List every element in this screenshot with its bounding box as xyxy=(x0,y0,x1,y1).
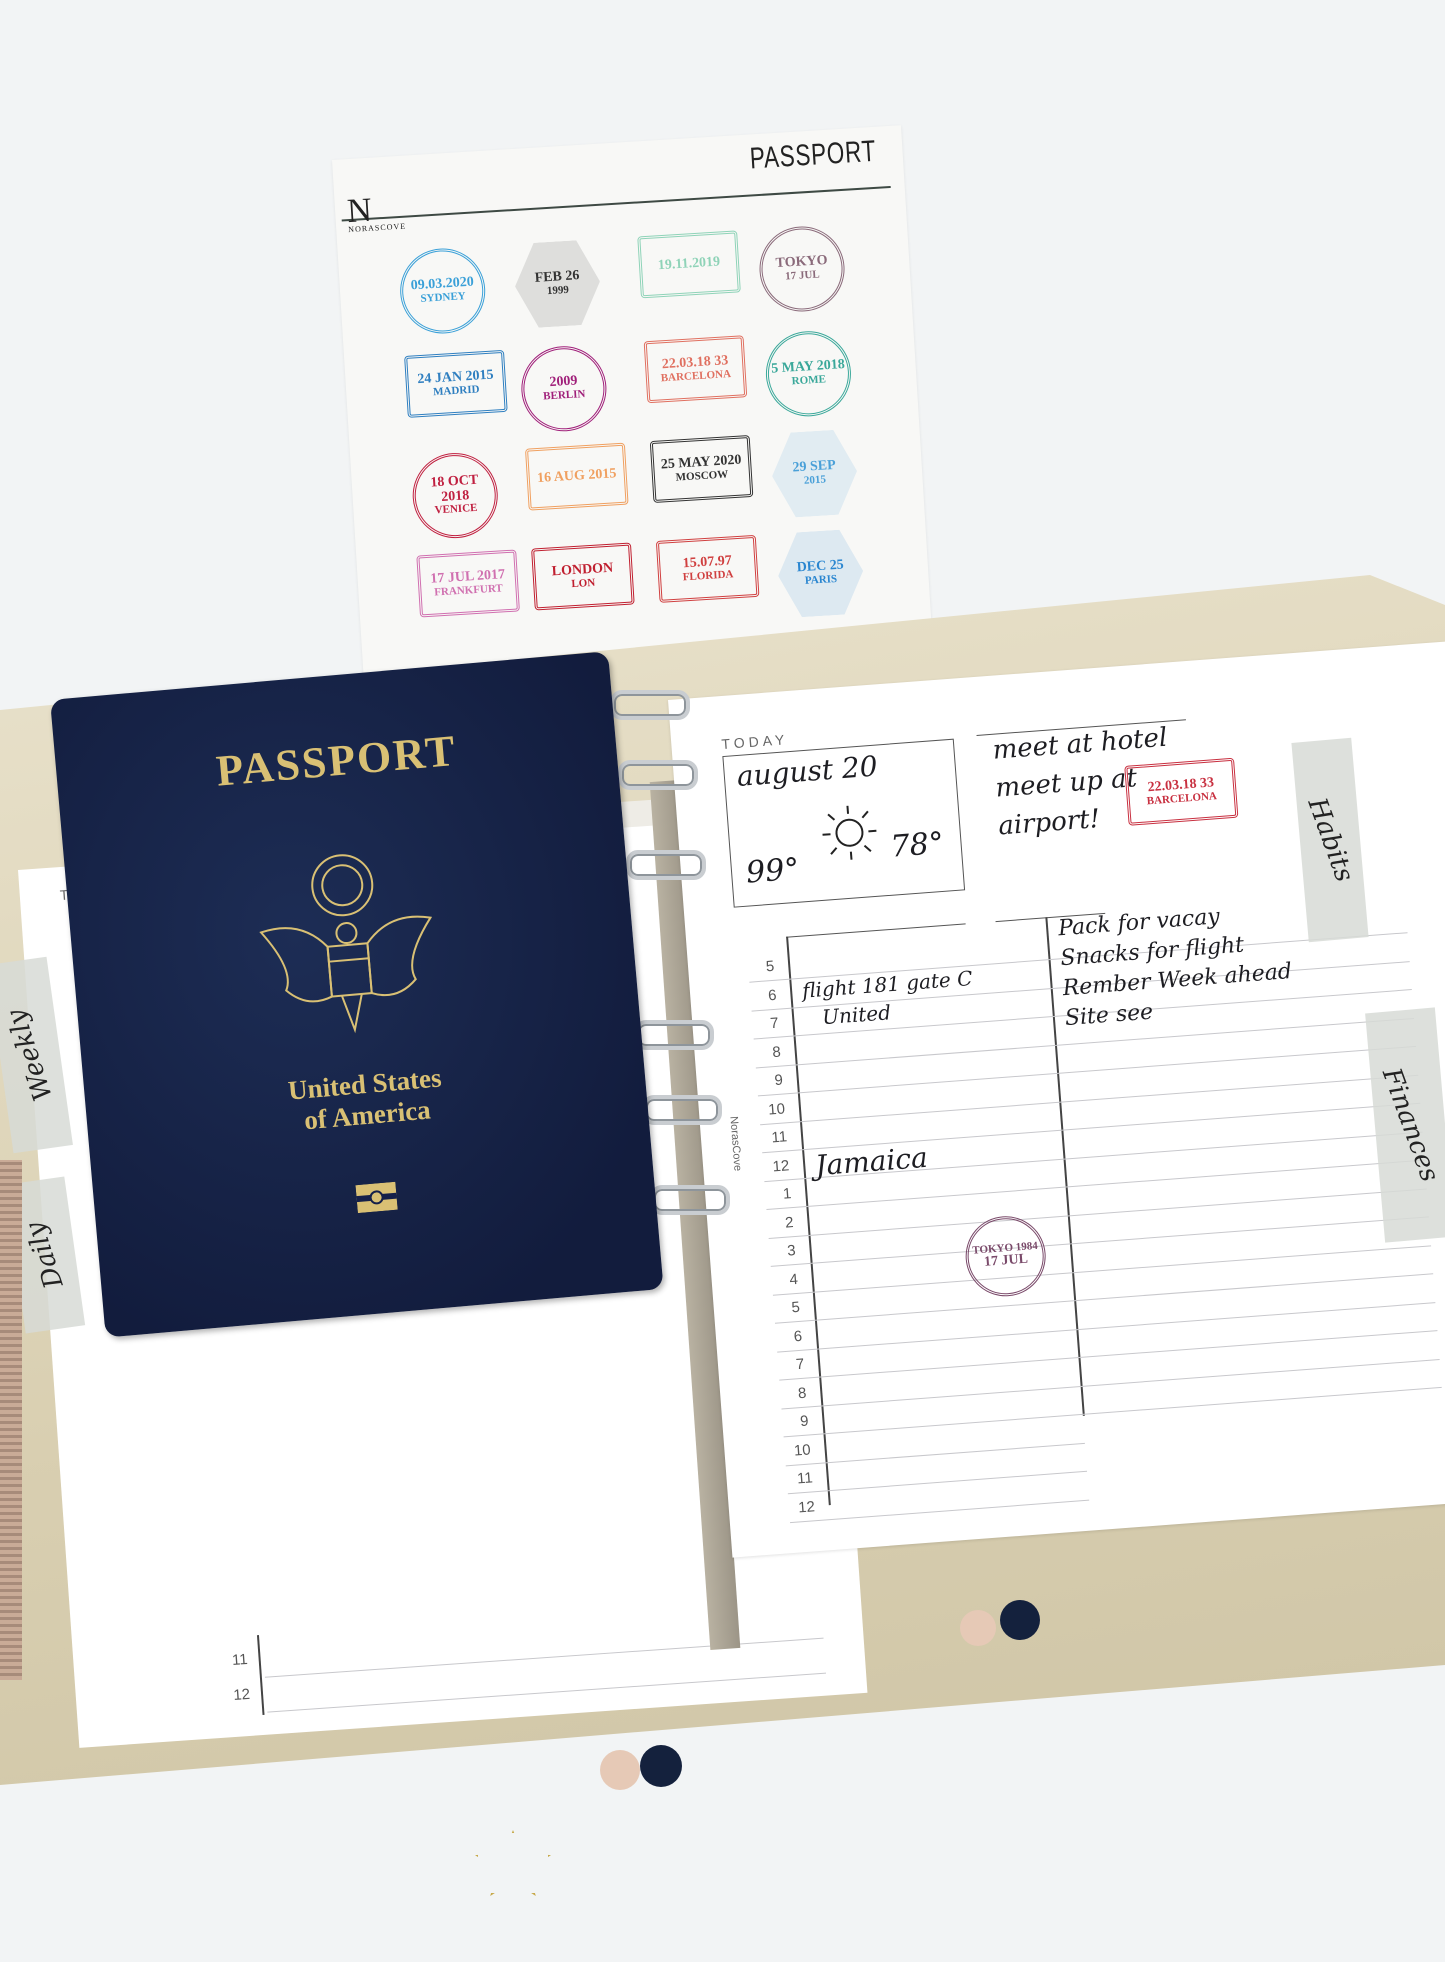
ruled-line xyxy=(775,1273,1433,1323)
schedule-entry[interactable]: United xyxy=(821,1000,891,1029)
weather-low: 78° xyxy=(889,826,945,865)
hour-label: 7 xyxy=(780,1356,805,1375)
stamp-sticker: DEC 25PARIS xyxy=(776,528,866,618)
ruled-line xyxy=(758,1046,1416,1096)
stamp-sticker: 5 MAY 2018ROME xyxy=(763,329,853,419)
brand-mark: NorasCove xyxy=(727,1116,743,1172)
ruled-line xyxy=(760,1074,1418,1124)
stamp-sticker: FEB 261999 xyxy=(512,239,602,329)
stamp-sticker: 19.11.2019 xyxy=(637,230,741,298)
weather-high: 99° xyxy=(745,852,801,891)
hour-label: 7 xyxy=(754,1015,779,1034)
stamp-sticker: 17 JUL 2017FRANKFURT xyxy=(416,549,520,617)
ruled-line xyxy=(790,1499,1089,1522)
sticker-sheet-title: PASSPORT xyxy=(749,135,877,177)
hour-label: 6 xyxy=(752,986,777,1005)
hour-label: 2 xyxy=(769,1214,794,1233)
date-entry: august 20 xyxy=(736,750,879,793)
flower-charm xyxy=(600,1750,640,1790)
stamp-sticker: 18 OCT 2018VENICE xyxy=(410,451,500,541)
stamp-sticker: TOKYO17 JUL xyxy=(757,224,847,314)
biometric-chip-icon xyxy=(355,1182,397,1213)
column-divider xyxy=(257,1635,264,1715)
ruled-line xyxy=(786,1442,1085,1465)
ruled-line xyxy=(784,1387,1442,1437)
passport-title: PASSPORT xyxy=(55,711,617,811)
schedule-entry[interactable]: Jamaica xyxy=(814,1140,929,1181)
note-line: airport! xyxy=(997,804,1101,842)
hour-label: 3 xyxy=(771,1242,796,1261)
ruled-line xyxy=(788,1471,1087,1494)
binder-ring xyxy=(610,690,690,720)
binder-ring xyxy=(634,1020,714,1050)
schedule-rule xyxy=(786,923,966,937)
hour-label: 12 xyxy=(226,1686,251,1705)
binder-ring xyxy=(618,760,698,790)
passport-country: United Statesof America xyxy=(84,1045,647,1156)
zipper[interactable] xyxy=(0,1160,22,1680)
today-label: TODAY xyxy=(721,731,789,752)
stamp-sticker: LONDONLON xyxy=(531,542,635,610)
stamp-sticker: 22.03.18 33BARCELONA xyxy=(644,335,748,403)
brand-logo: NNORASCOVE xyxy=(346,190,406,234)
binder-ring xyxy=(626,850,706,880)
note-line: meet at hotel xyxy=(992,723,1169,766)
hour-label: 6 xyxy=(777,1327,802,1346)
hour-label: 9 xyxy=(758,1071,783,1090)
tokyo-stamp-sticker: TOKYO 1984 17 JUL xyxy=(963,1213,1049,1299)
ruled-line xyxy=(777,1302,1435,1352)
stamp-sticker: 15.07.97FLORIDA xyxy=(656,535,760,603)
schedule-entry[interactable]: flight 181 gate C xyxy=(801,966,973,1003)
note-line: meet up at xyxy=(994,763,1138,804)
todo-item[interactable]: Site see xyxy=(1064,1000,1154,1032)
hour-label: 11 xyxy=(763,1128,788,1147)
flower-charm xyxy=(1000,1600,1040,1640)
flower-charm xyxy=(960,1610,996,1646)
hour-label: 5 xyxy=(775,1299,800,1318)
ruled-line xyxy=(769,1188,1427,1238)
ruled-line xyxy=(779,1330,1437,1380)
ruled-line xyxy=(781,1359,1439,1409)
hour-label: 12 xyxy=(765,1157,790,1176)
hour-label: 1 xyxy=(767,1185,792,1204)
ruled-line xyxy=(773,1245,1431,1295)
stamp-sticker: 16 AUG 2015 xyxy=(525,443,629,511)
hour-label: 8 xyxy=(756,1043,781,1062)
ruled-line xyxy=(771,1216,1429,1266)
hour-label: 10 xyxy=(760,1100,785,1119)
sun-icon xyxy=(817,801,871,855)
stamp-sticker: 25 MAY 2020MOSCOW xyxy=(650,435,754,503)
binder-ring xyxy=(642,1095,722,1125)
stamp-sticker: 24 JAN 2015MADRID xyxy=(404,350,508,418)
stamp-sticker: 09.03.2020SYDNEY xyxy=(398,246,488,336)
hour-label: 4 xyxy=(773,1270,798,1289)
passport: PASSPORT United Statesof America xyxy=(50,651,664,1337)
hour-label: 11 xyxy=(223,1651,248,1670)
hour-label: 12 xyxy=(790,1498,815,1517)
hour-label: 9 xyxy=(784,1413,809,1432)
hour-label: 11 xyxy=(788,1469,813,1488)
sticker-sheet-divider xyxy=(342,186,891,222)
star-charm xyxy=(475,1830,551,1896)
date-weather-box: august 20 99° 78° xyxy=(722,739,965,908)
stamp-sticker: 29 SEP2015 xyxy=(770,429,860,519)
hour-label: 5 xyxy=(750,958,775,977)
eagle-seal-icon xyxy=(234,836,461,1054)
hour-label: 10 xyxy=(786,1441,811,1460)
binder-ring xyxy=(650,1185,730,1215)
stamp-sticker: 2009BERLIN xyxy=(519,344,609,434)
barcelona-stamp-sticker: 22.03.18 33 BARCELONA xyxy=(1124,758,1238,826)
flower-charm xyxy=(640,1745,682,1787)
hour-label: 8 xyxy=(782,1384,807,1403)
